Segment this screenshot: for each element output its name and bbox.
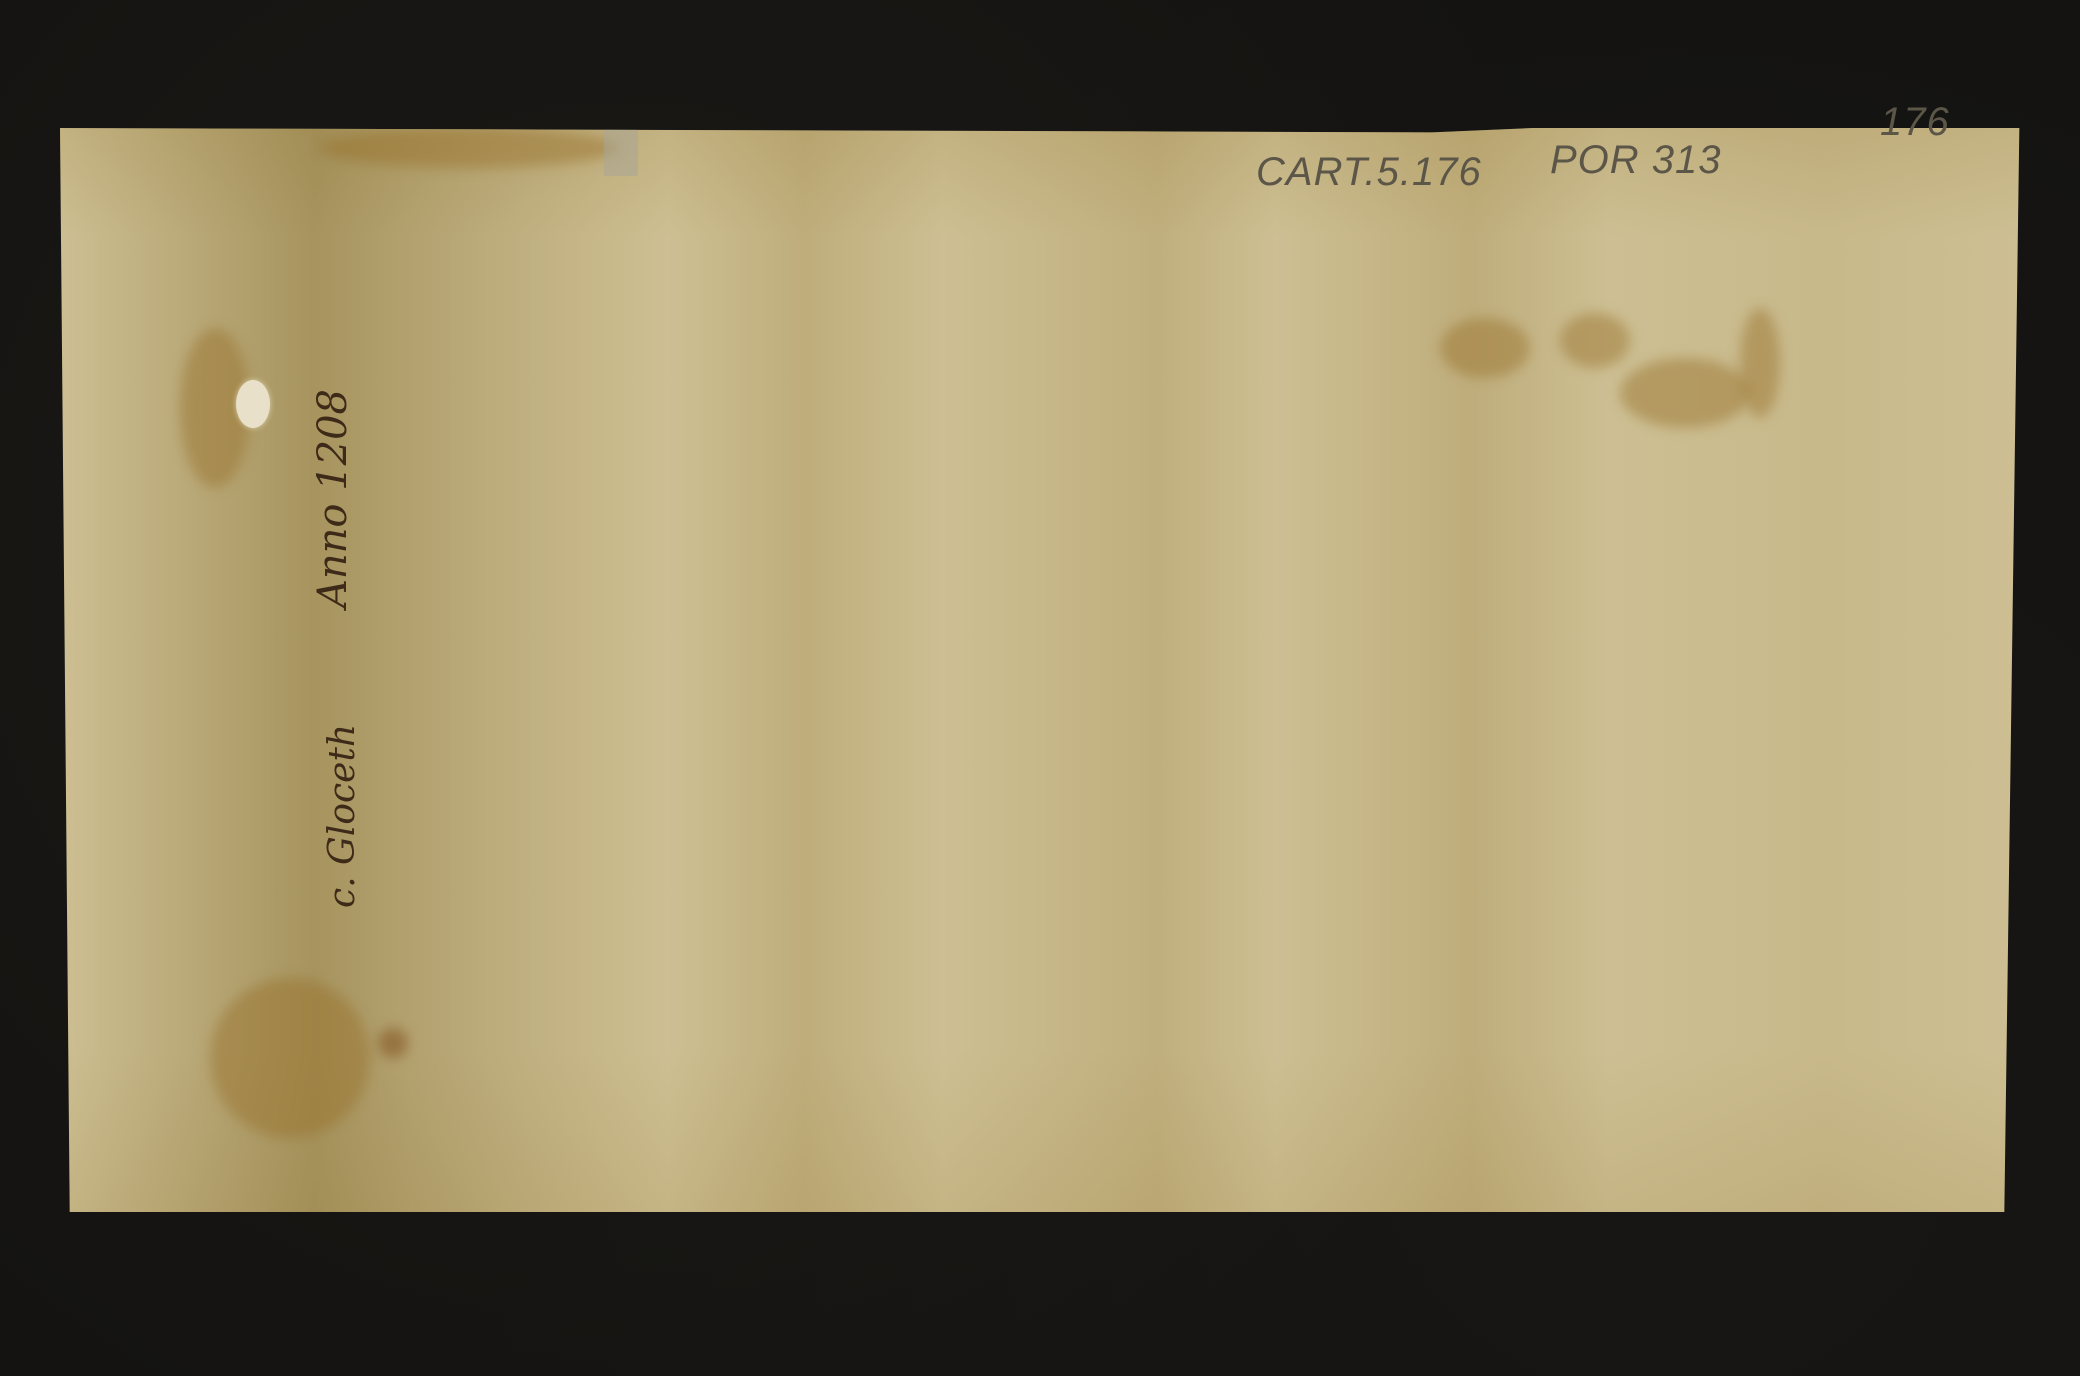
endorsement-date: Anno 1208: [310, 389, 356, 608]
parchment-sheet: CART.5.176 POR 313 176 Anno 1208 c. Gloc…: [60, 128, 2020, 1212]
water-stain: [210, 978, 370, 1138]
water-stain: [1620, 358, 1750, 428]
rust-stain: [378, 1028, 408, 1058]
water-stain: [320, 128, 620, 168]
secondary-shelfmark-annotation: POR 313: [1550, 138, 1722, 183]
paper-repair-patch: [236, 380, 270, 428]
water-stain: [1560, 313, 1630, 368]
shelfmark-annotation: CART.5.176: [1256, 150, 1482, 195]
grey-patch: [604, 128, 638, 176]
water-stain: [1440, 318, 1530, 378]
endorsement-text: c. Gloceth: [322, 724, 363, 908]
water-stain: [1740, 308, 1780, 418]
folio-number: 176: [1880, 100, 1950, 145]
